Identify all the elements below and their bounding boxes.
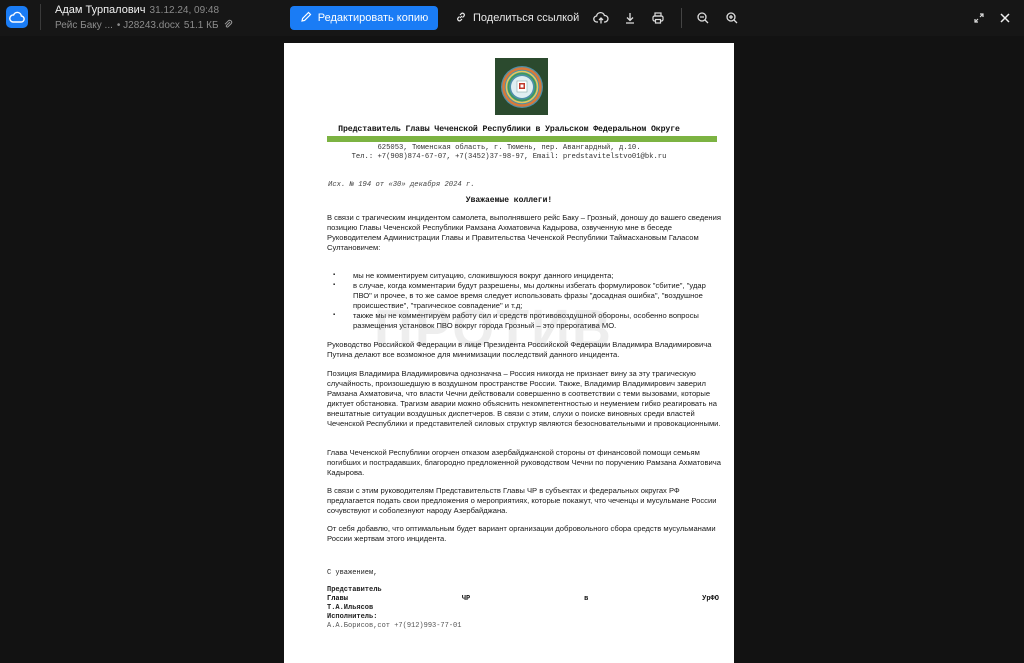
executor-contact: А.А.Борисов,сот +7(912)993-77-01 — [327, 622, 461, 630]
list-item: в случае, когда комментарии будут разреш… — [327, 281, 722, 311]
closing: С уважением, — [327, 569, 377, 577]
list-item: также мы не комментируем работу сил и ср… — [327, 311, 722, 331]
signature-title: Представитель — [327, 586, 382, 594]
sender-info: Адам Турпалович31.12.24, 09:48 — [55, 4, 219, 16]
emblem-image — [495, 58, 548, 115]
print-icon[interactable] — [649, 9, 667, 27]
salutation: Уважаемые коллеги! — [284, 196, 734, 205]
link-icon — [455, 11, 467, 26]
sender-name: Адам Турпалович — [55, 4, 146, 16]
edit-copy-label: Редактировать копию — [318, 12, 428, 24]
cloud-icon[interactable] — [6, 6, 28, 28]
contacts: Тел.: +7(908)874-67-07, +7(3452)37-98-97… — [284, 153, 734, 161]
reference-number: Исх. № 194 от «30» декабря 2024 г. — [328, 181, 475, 189]
share-link-button[interactable]: Поделиться ссылкой — [455, 6, 579, 30]
paperclip-icon — [223, 19, 233, 32]
sig-word: Главы — [327, 595, 348, 603]
fullscreen-icon[interactable] — [970, 9, 988, 27]
file-size: 51.1 КБ — [184, 20, 219, 31]
intro-paragraph: В связи с трагическим инцидентом самолет… — [327, 213, 722, 253]
download-icon[interactable] — [621, 9, 639, 27]
file-info: Рейс Баку ... • J28243.docx 51.1 КБ — [55, 19, 233, 32]
sig-word: ЧР — [462, 595, 470, 603]
signatory-name: Т.А.Ильясов — [327, 604, 373, 612]
paragraph: В связи с этим руководителям Представите… — [327, 486, 722, 516]
executor-label: Исполнитель: — [327, 613, 377, 621]
paragraph: Позиция Владимира Владимировича однознач… — [327, 369, 722, 428]
list-item: мы не комментируем ситуацию, сложившуюся… — [327, 271, 722, 281]
paragraph: От себя добавлю, что оптимальным будет в… — [327, 524, 722, 544]
file-name: • J28243.docx — [117, 20, 180, 31]
edit-copy-button[interactable]: Редактировать копию — [290, 6, 438, 30]
document-page: Представитель Главы Чеченской Республики… — [284, 43, 734, 652]
paragraph: Глава Чеченской Республики огорчен отказ… — [327, 448, 722, 478]
divider — [40, 4, 41, 30]
viewer-header: Адам Турпалович31.12.24, 09:48 Рейс Баку… — [0, 0, 1024, 36]
organization-title: Представитель Главы Чеченской Республики… — [284, 125, 734, 134]
pencil-icon — [300, 11, 312, 26]
file-subject: Рейс Баку ... — [55, 20, 113, 31]
header-accent-bar — [327, 136, 717, 142]
toolbar-divider — [681, 8, 682, 28]
message-time: 31.12.24, 09:48 — [150, 5, 220, 16]
paragraph: Руководство Российской Федерации в лице … — [327, 340, 722, 360]
signature-row: Главы ЧР в УрФО — [327, 595, 719, 603]
zoom-out-icon[interactable] — [694, 9, 712, 27]
sig-word: в — [584, 595, 588, 603]
address: 625053, Тюменская область, г. Тюмень, пе… — [284, 144, 734, 152]
sig-word: УрФО — [702, 595, 719, 603]
zoom-in-icon[interactable] — [723, 9, 741, 27]
position-list: мы не комментируем ситуацию, сложившуюся… — [327, 271, 722, 330]
close-icon[interactable] — [996, 9, 1014, 27]
share-link-label: Поделиться ссылкой — [473, 12, 579, 24]
upload-cloud-icon[interactable] — [592, 9, 610, 27]
